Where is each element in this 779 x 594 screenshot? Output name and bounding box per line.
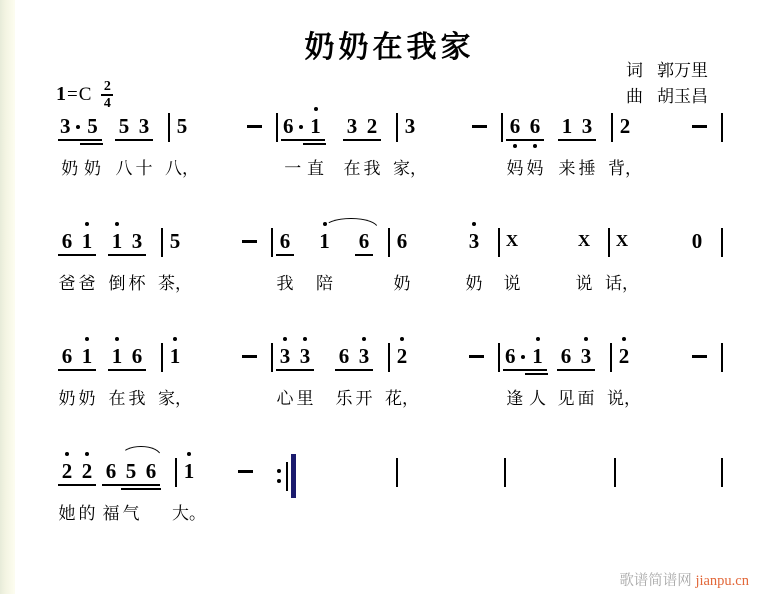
measure: 2花， [390, 343, 500, 417]
lyric-syllable: 妈 [507, 154, 524, 179]
lyric-syllable: 说 [576, 269, 593, 294]
measure: 6奶3奶 [390, 228, 500, 302]
lyric-syllable: 开 [356, 384, 373, 409]
note-digit: 3 [139, 113, 150, 139]
lyric-syllable: 捶 [579, 154, 596, 179]
time-signature: 2 4 [101, 80, 113, 110]
note-digit: 2 [620, 113, 631, 139]
note-digit: 6 [62, 343, 73, 369]
note-digit: 6 [62, 228, 73, 254]
note-group: 5八3十 [114, 113, 154, 147]
note-digit: 6 [280, 228, 291, 254]
measure: 6爸1爸1倒3杯 [55, 228, 163, 302]
note-digit: 1 [112, 343, 123, 369]
lyric-syllable: 十 [136, 154, 153, 179]
note-group: 6乐3开 [334, 343, 374, 377]
beam-line [58, 139, 102, 141]
lyric-syllable: 背， [608, 154, 642, 179]
note-digit: 5 [87, 113, 98, 139]
beam-line [108, 254, 146, 256]
measures-row: 3奶5奶5八3十5八，6一1直3在2我3家，6妈6妈1来3捶2背， [55, 113, 723, 187]
beam-line [58, 254, 96, 256]
note-group: 3奶5奶 [57, 113, 103, 147]
note-group: 1倒3杯 [107, 228, 147, 262]
lyric-syllable: 我 [129, 384, 146, 409]
note-group: 2背， [615, 113, 635, 147]
repeat-dots-icon [277, 466, 281, 486]
lyric-syllable: 爸 [59, 269, 76, 294]
beam-line [558, 139, 596, 141]
beam-line-2 [80, 143, 103, 145]
sheet-music-page: 奶奶在我家 词郭万里 曲胡玉昌 1 = C 2 4 3奶5奶5八3十5八，6一1… [0, 0, 779, 594]
lyric-syllable: 心 [277, 384, 294, 409]
lyric-syllable: 花， [385, 384, 419, 409]
time-denominator: 4 [104, 97, 111, 110]
note: 1爸 [80, 228, 94, 262]
measure-notes: 5茶， [163, 228, 273, 262]
note: 3家， [403, 113, 417, 147]
beam-line [102, 484, 160, 486]
note-digit: 3 [405, 113, 416, 139]
octave-dot-above-icon [187, 452, 191, 456]
measure-notes: 2背， [613, 113, 723, 147]
note-group [692, 343, 707, 358]
note-group [469, 343, 484, 358]
note-group: 6逢1人 [502, 343, 548, 377]
note-digit: 5 [177, 113, 188, 139]
x-note: X [578, 228, 590, 254]
note-digit: 6 [339, 343, 350, 369]
site-name: 歌谱简谱网 [619, 573, 692, 589]
note: 6见 [559, 343, 573, 377]
note: 1来 [560, 113, 574, 147]
lyric-syllable: 在 [344, 154, 361, 179]
lyric-syllable: 爸 [79, 269, 96, 294]
lyric-syllable: 我 [277, 269, 294, 294]
lyric-syllable: 话， [605, 269, 639, 294]
lyricist-name: 郭万里 [657, 61, 708, 80]
lyric-syllable: 奶 [61, 154, 78, 179]
note-digit: 2 [367, 113, 378, 139]
measure-notes: 6我1陪6 [273, 228, 390, 262]
note: 3奶 [467, 228, 481, 262]
lyric-syllable: 八， [165, 154, 199, 179]
octave-dot-above-icon [400, 337, 404, 341]
note-digit: 6 [283, 113, 294, 139]
note: 6我 [278, 228, 292, 262]
note: 1奶 [80, 343, 94, 377]
note-digit: 3 [132, 228, 143, 254]
measure-notes: X说X说 [500, 228, 610, 262]
note: 6我 [130, 343, 144, 377]
duration-dash [692, 355, 707, 358]
measure-notes: 1大。 [177, 458, 293, 492]
lyric-syllable: 一 [284, 154, 301, 179]
note: 3奶 [60, 113, 80, 147]
octave-dot-below-icon [533, 144, 537, 148]
measures-row: 6爸1爸1倒3杯5茶，6我1陪66奶3奶X说X说X话，0 [55, 228, 723, 302]
beam-line [281, 139, 325, 141]
beam-line [58, 369, 96, 371]
lyric-syllable: 家， [393, 154, 427, 179]
barline [721, 113, 723, 142]
tonic-number: 1 [56, 83, 66, 106]
octave-dot-above-icon [115, 337, 119, 341]
measures-row: 6奶1奶1在6我1家，3心3里6乐3开2花，6逢1人6见3面2说， [55, 343, 723, 417]
equals-sign: = [67, 84, 78, 106]
note-group: 6我 [275, 228, 295, 262]
note: 2我 [365, 113, 379, 147]
beam-line [503, 369, 547, 371]
note-group: 2花， [392, 343, 412, 377]
note: 5八 [117, 113, 131, 147]
measure: 5茶， [163, 228, 273, 302]
measure: 6一1直3在2我 [278, 113, 398, 187]
note-group: 1家， [165, 343, 185, 377]
measure [506, 458, 616, 532]
note-digit: 1 [319, 228, 330, 254]
octave-dot-above-icon [173, 337, 177, 341]
measure-notes: 5八， [170, 113, 278, 147]
measure-notes: 3家， [398, 113, 503, 147]
lyric-syllable: 直 [307, 154, 324, 179]
note: 2她 [60, 458, 74, 492]
measure-notes: 2花， [390, 343, 500, 377]
beam-line [58, 484, 96, 486]
note-group: 3家， [400, 113, 420, 147]
note: 2说， [617, 343, 631, 377]
duration-dash [469, 355, 484, 358]
measure [293, 458, 398, 532]
lyric-syllable: 的 [79, 499, 96, 524]
x-note: X [506, 228, 518, 254]
lyric-syllable: 福 [103, 499, 120, 524]
note-group: 5八， [172, 113, 192, 147]
duration-dash [242, 355, 257, 358]
note: 6乐 [337, 343, 351, 377]
note-digit: 6 [106, 458, 117, 484]
lyricist-label: 词 [626, 61, 643, 80]
note-group: 1在6我 [107, 343, 147, 377]
octave-dot-above-icon [622, 337, 626, 341]
note-group: X说 [502, 228, 522, 262]
note-digit: 3 [469, 228, 480, 254]
note-group: 6奶1奶 [57, 343, 97, 377]
lyric-syllable: 逢 [506, 384, 523, 409]
note: 3里 [298, 343, 312, 377]
note-digit: 1 [310, 113, 321, 139]
octave-dot-above-icon [85, 452, 89, 456]
beam-line-2 [303, 143, 326, 145]
site-watermark: 歌谱简谱网 jianpu.cn [619, 569, 749, 590]
measure-notes: 6一1直3在2我 [278, 113, 398, 147]
measure: 6妈6妈1来3捶 [503, 113, 613, 187]
note-digit: 2 [82, 458, 93, 484]
note: 6一 [283, 113, 303, 147]
composer-name: 胡玉昌 [657, 87, 708, 106]
note-digit: 1 [184, 458, 195, 484]
note-digit: 2 [619, 343, 630, 369]
staff-line-3: 6奶1奶1在6我1家，3心3里6乐3开2花，6逢1人6见3面2说， [55, 343, 723, 458]
note-group: X说 [574, 228, 594, 262]
note: 1在 [110, 343, 124, 377]
beam-line-2 [121, 488, 161, 490]
beam-line [355, 254, 373, 256]
measure-notes: X话，0 [610, 228, 723, 262]
note: 6奶 [395, 228, 409, 262]
duration-dash [692, 125, 707, 128]
key-time-signature: 1 = C 2 4 [56, 80, 113, 110]
beam-line-2 [525, 373, 548, 375]
note-digit: 3 [347, 113, 358, 139]
note-digit: 6 [397, 228, 408, 254]
lyric-syllable: 见 [558, 384, 575, 409]
note: 3捶 [580, 113, 594, 147]
note-group [238, 458, 253, 473]
lyric-syllable: 陪 [316, 269, 333, 294]
lyric-syllable: 倒 [109, 269, 126, 294]
octave-dot-below-icon [513, 144, 517, 148]
score: 3奶5奶5八3十5八，6一1直3在2我3家，6妈6妈1来3捶2背，6爸1爸1倒3… [55, 113, 723, 573]
lyric-syllable: 妈 [527, 154, 544, 179]
note: 0 [690, 228, 704, 262]
octave-dot-above-icon [362, 337, 366, 341]
lyric-syllable: 来 [559, 154, 576, 179]
note-group: 3心3里 [275, 343, 315, 377]
note-digit: 3 [280, 343, 291, 369]
note: 6 [357, 228, 371, 262]
note-digit: 5 [126, 458, 137, 484]
rest-note: 0 [692, 228, 703, 254]
note-digit: 1 [82, 343, 93, 369]
note: 3杯 [130, 228, 144, 262]
measure-notes: 3心3里6乐3开 [273, 343, 390, 377]
note-group [242, 343, 257, 358]
octave-dot-above-icon [85, 222, 89, 226]
octave-dot-above-icon [283, 337, 287, 341]
duration-dash [472, 125, 487, 128]
measures-row: 2她2的6福5气61大。 [55, 458, 723, 532]
lyric-syllable: 我 [364, 154, 381, 179]
octave-dot-above-icon [472, 222, 476, 226]
page-edge-stripe [0, 0, 15, 594]
lyric-syllable: 大。 [172, 499, 206, 524]
measure: X说X说 [500, 228, 610, 302]
lyric-syllable: 家， [158, 384, 192, 409]
note-group: 6爸1爸 [57, 228, 97, 262]
note-digit: 5 [170, 228, 181, 254]
lyric-syllable: 奶 [79, 384, 96, 409]
octave-dot-above-icon [85, 337, 89, 341]
lyric-syllable: 茶， [158, 269, 192, 294]
note: 5八， [175, 113, 189, 147]
note-group [692, 113, 707, 128]
measure-notes: 6奶3奶 [390, 228, 500, 262]
measure [398, 458, 506, 532]
measure: 1家， [163, 343, 273, 417]
lyric-syllable: 奶 [394, 269, 411, 294]
lyric-syllable: 气 [123, 499, 140, 524]
note-group [472, 113, 487, 128]
duration-dash [247, 125, 262, 128]
note: 5茶， [168, 228, 182, 262]
lyric-syllable: 杯 [129, 269, 146, 294]
measure: 2她2的6福5气6 [55, 458, 177, 532]
measure: 3家， [398, 113, 503, 187]
repeat-dot [277, 469, 281, 473]
composer-credit: 曲胡玉昌 [626, 84, 708, 110]
note: X话， [615, 228, 629, 262]
note-digit: 3 [60, 113, 71, 139]
note-digit: 1 [82, 228, 93, 254]
beam-line [276, 254, 294, 256]
note: 6爸 [60, 228, 74, 262]
note: X说 [577, 228, 591, 262]
measure-notes: 6奶1奶1在6我 [55, 343, 163, 377]
lyric-syllable: 人 [529, 384, 546, 409]
lyricist-credit: 词郭万里 [626, 58, 708, 84]
note-group: 3奶 [464, 228, 484, 262]
note: 1家， [168, 343, 182, 377]
note-digit: 2 [62, 458, 73, 484]
note: 1陪 [318, 228, 332, 262]
note-group [242, 228, 257, 243]
octave-dot-above-icon [584, 337, 588, 341]
measure: 5八， [170, 113, 278, 187]
lyric-syllable: 乐 [336, 384, 353, 409]
lyric-syllable: 她 [59, 499, 76, 524]
beam-line [115, 139, 153, 141]
note-digit: 6 [132, 343, 143, 369]
measure: X话，0 [610, 228, 723, 302]
note-group: 6一1直 [280, 113, 326, 147]
note: 3心 [278, 343, 292, 377]
measure-notes: 2说， [612, 343, 723, 377]
note-group: 6奶 [392, 228, 412, 262]
staff-line-1: 3奶5奶5八3十5八，6一1直3在2我3家，6妈6妈1来3捶2背， [55, 113, 723, 228]
note-digit: 3 [300, 343, 311, 369]
note-digit: 3 [581, 343, 592, 369]
note-group: 6 [354, 228, 374, 262]
repeat-thin-bar [286, 462, 288, 491]
note-group: 3在2我 [342, 113, 382, 147]
beam-line [557, 369, 595, 371]
note-group: 5茶， [165, 228, 185, 262]
beam-line [335, 369, 373, 371]
note-group [247, 113, 262, 128]
note: 6逢 [505, 343, 525, 377]
note: 1倒 [110, 228, 124, 262]
measure-notes: 3奶5奶5八3十 [55, 113, 170, 147]
note-digit: 1 [532, 343, 543, 369]
note-group: 1来3捶 [557, 113, 597, 147]
note-digit: 6 [530, 113, 541, 139]
key-name: C [79, 84, 92, 106]
note-group: 0 [687, 228, 707, 262]
octave-dot-above-icon [65, 452, 69, 456]
lyric-syllable: 奶 [84, 154, 101, 179]
lyric-syllable: 八 [116, 154, 133, 179]
measure: 3心3里6乐3开 [273, 343, 390, 417]
staff-line-4: 2她2的6福5气61大。 [55, 458, 723, 573]
measure [616, 458, 723, 532]
note-digit: 6 [561, 343, 572, 369]
beam-line [276, 369, 314, 371]
augmentation-dot-icon [299, 125, 303, 129]
note-group: 6见3面 [556, 343, 596, 377]
note: 3十 [137, 113, 151, 147]
octave-dot-above-icon [115, 222, 119, 226]
note-digit: 3 [582, 113, 593, 139]
augmentation-dot-icon [76, 125, 80, 129]
measure-notes: 6逢1人6见3面 [500, 343, 612, 377]
lyric-syllable: 里 [297, 384, 314, 409]
note: 2背， [618, 113, 632, 147]
lyric-syllable: 奶 [466, 269, 483, 294]
note-digit: 2 [397, 343, 408, 369]
note-group: X话， [612, 228, 632, 262]
duration-dash [242, 240, 257, 243]
note: 6奶 [60, 343, 74, 377]
lyric-syllable: 在 [109, 384, 126, 409]
measure-notes: 1家， [163, 343, 273, 377]
lyric-syllable: 面 [578, 384, 595, 409]
measure: 1大。 [177, 458, 293, 532]
note-group: 2说， [614, 343, 634, 377]
measure: 2背， [613, 113, 723, 187]
beam-line [343, 139, 381, 141]
x-note: X [616, 228, 628, 254]
note: 2花， [395, 343, 409, 377]
note: 6福 [104, 458, 118, 492]
note: 3面 [579, 343, 593, 377]
site-link[interactable]: jianpu.cn [695, 573, 749, 589]
note: 6妈 [528, 113, 542, 147]
staff-line-2: 6爸1爸1倒3杯5茶，6我1陪66奶3奶X说X说X话，0 [55, 228, 723, 343]
beam-line [108, 369, 146, 371]
note-digit: 6 [510, 113, 521, 139]
measure-notes: 6妈6妈1来3捶 [503, 113, 613, 147]
measure: 3奶5奶5八3十 [55, 113, 170, 187]
note-group: 1陪 [315, 228, 335, 262]
octave-dot-above-icon [303, 337, 307, 341]
barline [721, 458, 723, 487]
lyric-syllable: 说， [607, 384, 641, 409]
note-group: 6妈6妈 [505, 113, 545, 147]
note: 1大。 [182, 458, 196, 492]
note: 3在 [345, 113, 359, 147]
augmentation-dot-icon [521, 355, 525, 359]
beam-line [506, 139, 544, 141]
note-digit: 1 [170, 343, 181, 369]
note: X说 [505, 228, 519, 262]
barline [721, 343, 723, 372]
note-digit: 1 [112, 228, 123, 254]
measure-notes: 2她2的6福5气6 [55, 458, 177, 492]
note-group: 1大。 [179, 458, 199, 492]
note-digit: 6 [359, 228, 370, 254]
measure: 6逢1人6见3面 [500, 343, 612, 417]
duration-dash [238, 470, 253, 473]
note-group: 2她2的 [57, 458, 97, 492]
note-digit: 1 [562, 113, 573, 139]
time-numerator: 2 [104, 80, 111, 93]
note: 2的 [80, 458, 94, 492]
note-digit: 3 [359, 343, 370, 369]
credits-block: 词郭万里 曲胡玉昌 [626, 58, 708, 110]
measure-notes: 6爸1爸1倒3杯 [55, 228, 163, 262]
lyric-syllable: 奶 [59, 384, 76, 409]
